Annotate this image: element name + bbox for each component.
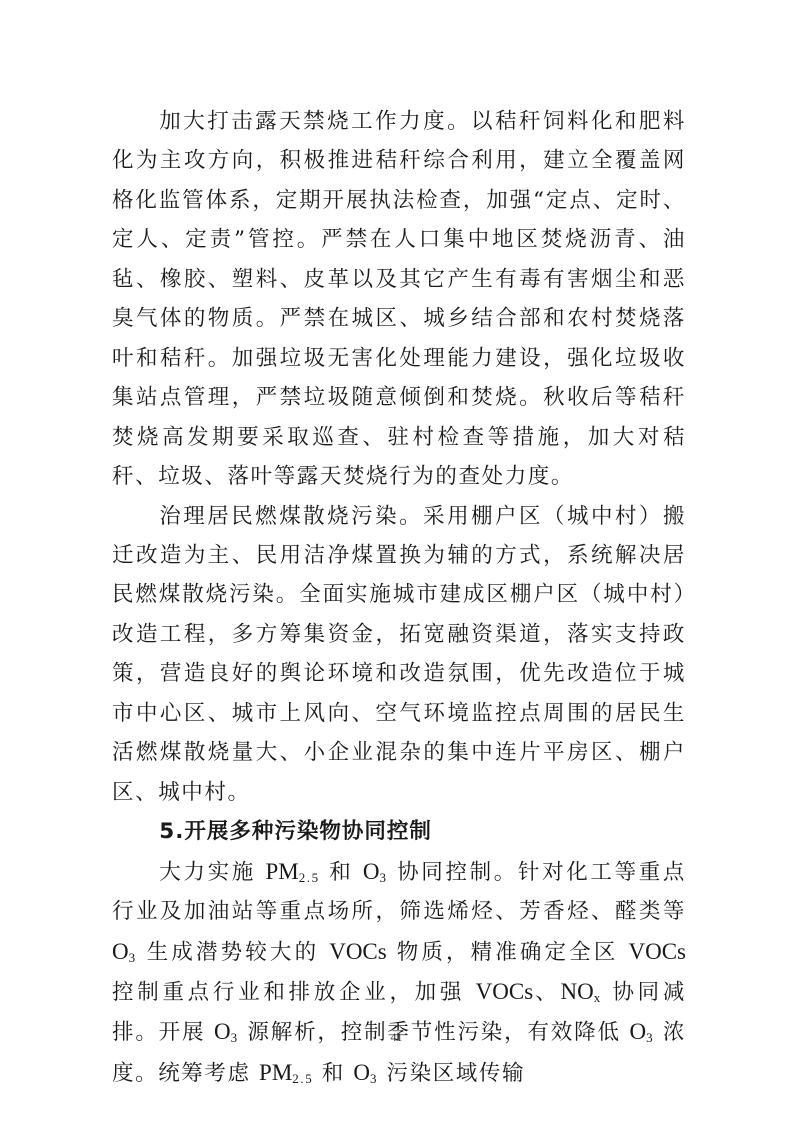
text-segment: 和 — [320, 860, 363, 885]
text-segment: 物质，精准确定全区 — [387, 940, 629, 965]
ozone-symbol: O — [112, 939, 129, 964]
text-segment: 污染区域传输 — [378, 1061, 525, 1086]
text-segment: 大力实施 — [159, 860, 265, 885]
text-segment: 控制重点行业和排放企业，加强 — [112, 980, 476, 1005]
pm-symbol: PM — [265, 859, 298, 884]
subscript: 2.5 — [292, 1071, 313, 1086]
paragraph-open-burning: 加大打击露天禁烧工作力度。以秸秆饲料化和肥料化为主攻方向，积极推进秸秆综合利用，… — [112, 102, 686, 497]
page-number: 41 — [0, 1030, 793, 1045]
subscript: x — [594, 990, 602, 1005]
paragraph-multi-pollutant: 大力实施 PM2.5 和 O3 协同控制。针对化工等重点行业及加油站等重点场所，… — [112, 852, 686, 1094]
paragraph-residential-coal: 治理居民燃煤散烧污染。采用棚户区（城中村）搬迁改造为主、民用洁净煤置换为辅的方式… — [112, 497, 686, 813]
vocs-term: VOCs — [476, 979, 534, 1004]
subscript: 2.5 — [299, 870, 320, 885]
ozone-symbol: O — [353, 1060, 370, 1085]
subscript: 3 — [370, 1071, 378, 1086]
vocs-term: VOCs — [628, 939, 686, 964]
text-segment: 、 — [533, 980, 560, 1005]
section-heading: 5.开展多种污染物协同控制 — [112, 812, 686, 851]
pm-symbol: PM — [259, 1060, 292, 1085]
body-text: 加大打击露天禁烧工作力度。以秸秆饲料化和肥料化为主攻方向，积极推进秸秆综合利用，… — [112, 102, 686, 1093]
text-segment: 和 — [313, 1061, 353, 1086]
subscript: 3 — [380, 870, 388, 885]
subscript: 3 — [129, 950, 137, 965]
vocs-term: VOCs — [329, 939, 387, 964]
ozone-symbol: O — [363, 859, 380, 884]
text-segment: 生成潜势较大的 — [137, 940, 329, 965]
document-page: 加大打击露天禁烧工作力度。以秸秆饲料化和肥料化为主攻方向，积极推进秸秆综合利用，… — [0, 0, 793, 1122]
nox-symbol: NO — [561, 979, 594, 1004]
